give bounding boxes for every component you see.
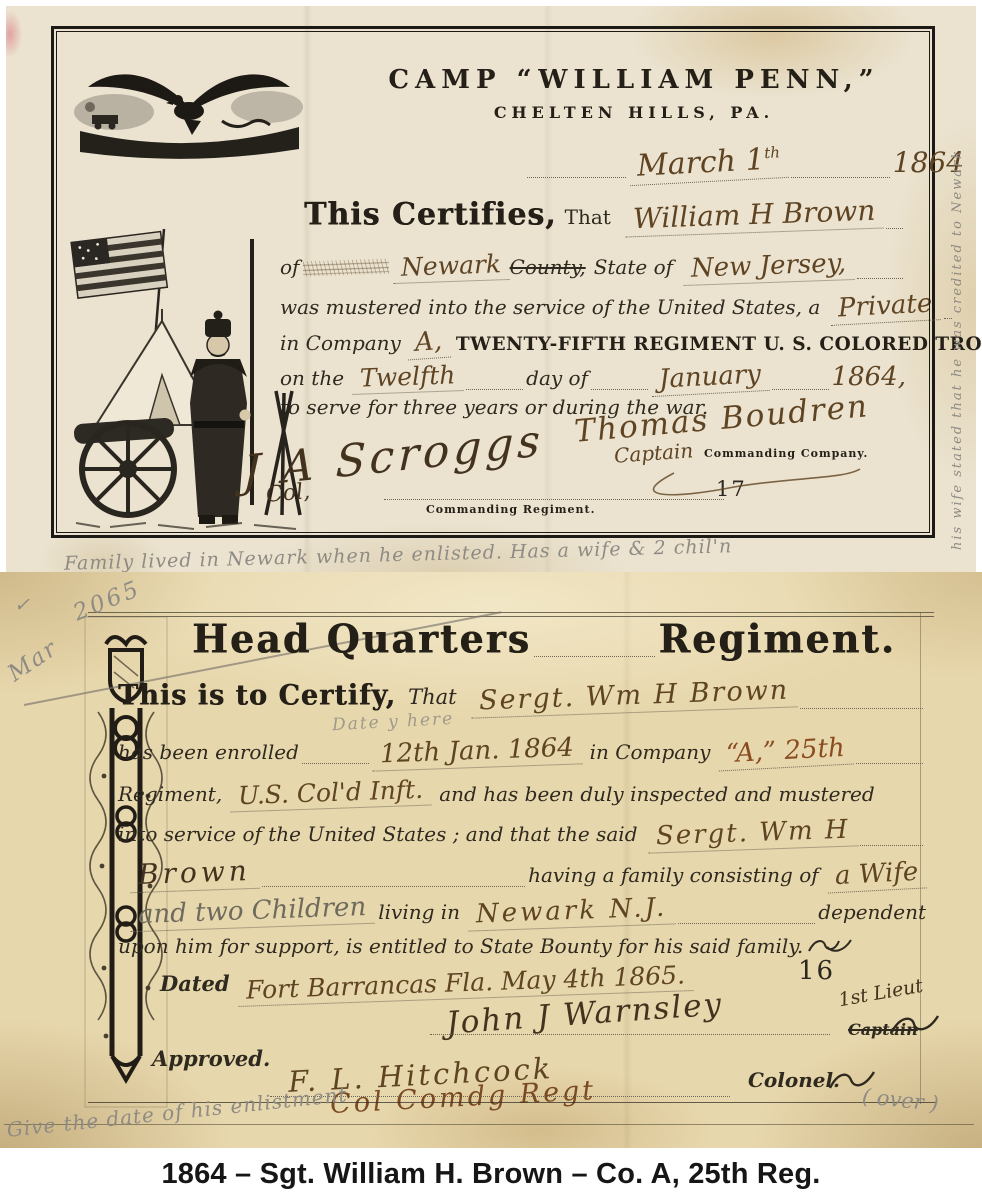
pencil-annotation-margin: his wife stated that he was credited to … xyxy=(950,70,965,550)
muster-certificate-document: CAMP “WILLIAM PENN,” CHELTEN HILLS, PA. … xyxy=(6,6,976,572)
living-in-label: living in xyxy=(378,900,460,924)
leader-line xyxy=(678,923,815,924)
year-handwritten: 1864, xyxy=(832,362,906,392)
commanding-company-label: Commanding Company. xyxy=(704,447,868,460)
rank-handwritten: Private xyxy=(830,288,942,326)
certifies-heading: This Certifies, xyxy=(304,196,557,232)
regiment-heading: Regiment. xyxy=(658,615,896,662)
date-handwritten: March 1th xyxy=(628,141,789,186)
colonel-rank-handwritten: Col, xyxy=(265,479,311,508)
leader-line xyxy=(886,228,903,229)
camp-title: CAMP “WILLIAM PENN,” xyxy=(388,65,879,95)
service-label: into service of the United States ; and … xyxy=(118,822,638,846)
enrolled-label: has been enrolled xyxy=(118,740,299,764)
pencil-month-note: Mar xyxy=(3,635,63,687)
that-label: That xyxy=(408,685,457,709)
state-bounty-certificate-document: ✓ Mar 2065 Head Quarters Regiment. This … xyxy=(0,572,982,1148)
pencil-checkmark: ✓ xyxy=(14,594,30,616)
in-company-label: in Company xyxy=(590,740,711,764)
said-name-handwritten: Sergt. Wm H xyxy=(647,814,858,853)
support-label: upon him for support, is entitled to Sta… xyxy=(118,934,803,958)
certify-heading: This is to Certify, xyxy=(118,679,396,711)
mustered-label: was mustered into the service of the Uni… xyxy=(280,295,820,319)
city-handwritten: Newark xyxy=(393,249,510,284)
camp-subtitle: CHELTEN HILLS, PA. xyxy=(494,103,774,122)
top-rule xyxy=(88,612,934,613)
leader-line xyxy=(527,177,626,178)
regiment-handwritten: U.S. Col'd Inft. xyxy=(230,775,432,813)
leader-line xyxy=(534,656,655,657)
leader-line xyxy=(800,708,923,709)
enrolled-date-handwritten: 12th Jan. 1864 xyxy=(371,732,582,771)
leader-line xyxy=(860,845,923,846)
regiment-label: Regiment, xyxy=(118,782,222,806)
captain-rank-handwritten: Captain xyxy=(613,438,694,467)
eagle-vignette-icon xyxy=(72,57,307,165)
commanding-regiment-label: Commanding Regiment. xyxy=(426,503,595,516)
colonel-label: Colonel. xyxy=(748,1068,840,1092)
caption-bar: 1864 – Sgt. William H. Brown – Co. A, 25… xyxy=(0,1148,982,1200)
certificate-border-frame: CAMP “WILLIAM PENN,” CHELTEN HILLS, PA. … xyxy=(51,26,935,538)
day-of-label: day of xyxy=(526,366,588,390)
pencil-over-note: ( over ) xyxy=(861,1084,940,1116)
county-label-struck: County, xyxy=(510,255,586,279)
form-number: 16 xyxy=(798,956,835,986)
flourish-icon xyxy=(807,935,853,957)
dependent-label: dependent xyxy=(818,900,926,924)
day-handwritten: Twelfth xyxy=(352,360,464,395)
surname-handwritten: Brown xyxy=(129,854,259,893)
leader-line xyxy=(591,389,648,390)
flourish-icon xyxy=(890,1012,940,1038)
lieutenant-rank-handwritten: 1st Lieut xyxy=(837,975,925,1011)
leader-line xyxy=(262,886,525,887)
that-label: That xyxy=(565,205,611,229)
approved-label: Approved. xyxy=(152,1046,270,1071)
children-handwritten: and two Children xyxy=(130,892,375,933)
leader-line xyxy=(857,278,903,279)
leader-line xyxy=(772,389,829,390)
signature-rule xyxy=(384,499,724,500)
pencil-annotation-family: Family lived in Newark when he enlisted.… xyxy=(64,535,733,574)
dated-label: Dated xyxy=(160,971,230,996)
company-letter-handwritten: A, xyxy=(406,326,451,361)
signature-rule xyxy=(430,1034,830,1035)
leader-line xyxy=(856,763,923,764)
headquarters-heading: Head Quarters xyxy=(192,615,531,662)
residence-handwritten: Newark N.J. xyxy=(468,892,676,931)
scanned-document-page: CAMP “WILLIAM PENN,” CHELTEN HILLS, PA. … xyxy=(0,0,982,1200)
wife-handwritten: a Wife xyxy=(826,856,927,893)
caption-text: 1864 – Sgt. William H. Brown – Co. A, 25… xyxy=(161,1158,820,1191)
scribbled-out-word xyxy=(303,258,389,276)
inspected-label: and has been duly inspected and mustered xyxy=(439,782,874,806)
company-handwritten: “A,” 25th xyxy=(718,732,854,771)
soldier-name-handwritten: William H Brown xyxy=(624,194,883,238)
pencil-annotation-bottom: Give the date of his enlistment xyxy=(6,1082,349,1142)
leader-line xyxy=(791,177,890,178)
leader-line xyxy=(302,763,369,764)
state-of-label: State of xyxy=(594,255,673,279)
regiment-printed: TWENTY-FIFTH REGIMENT U. S. COLORED TROO… xyxy=(456,334,982,355)
month-handwritten: January xyxy=(650,359,770,397)
state-handwritten: New Jersey, xyxy=(683,248,855,286)
signature-flourish-icon xyxy=(614,465,864,499)
soldier-name-handwritten: Sergt. Wm H Brown xyxy=(470,674,797,718)
family-label: having a family consisting of xyxy=(528,863,819,887)
leader-line xyxy=(466,389,523,390)
